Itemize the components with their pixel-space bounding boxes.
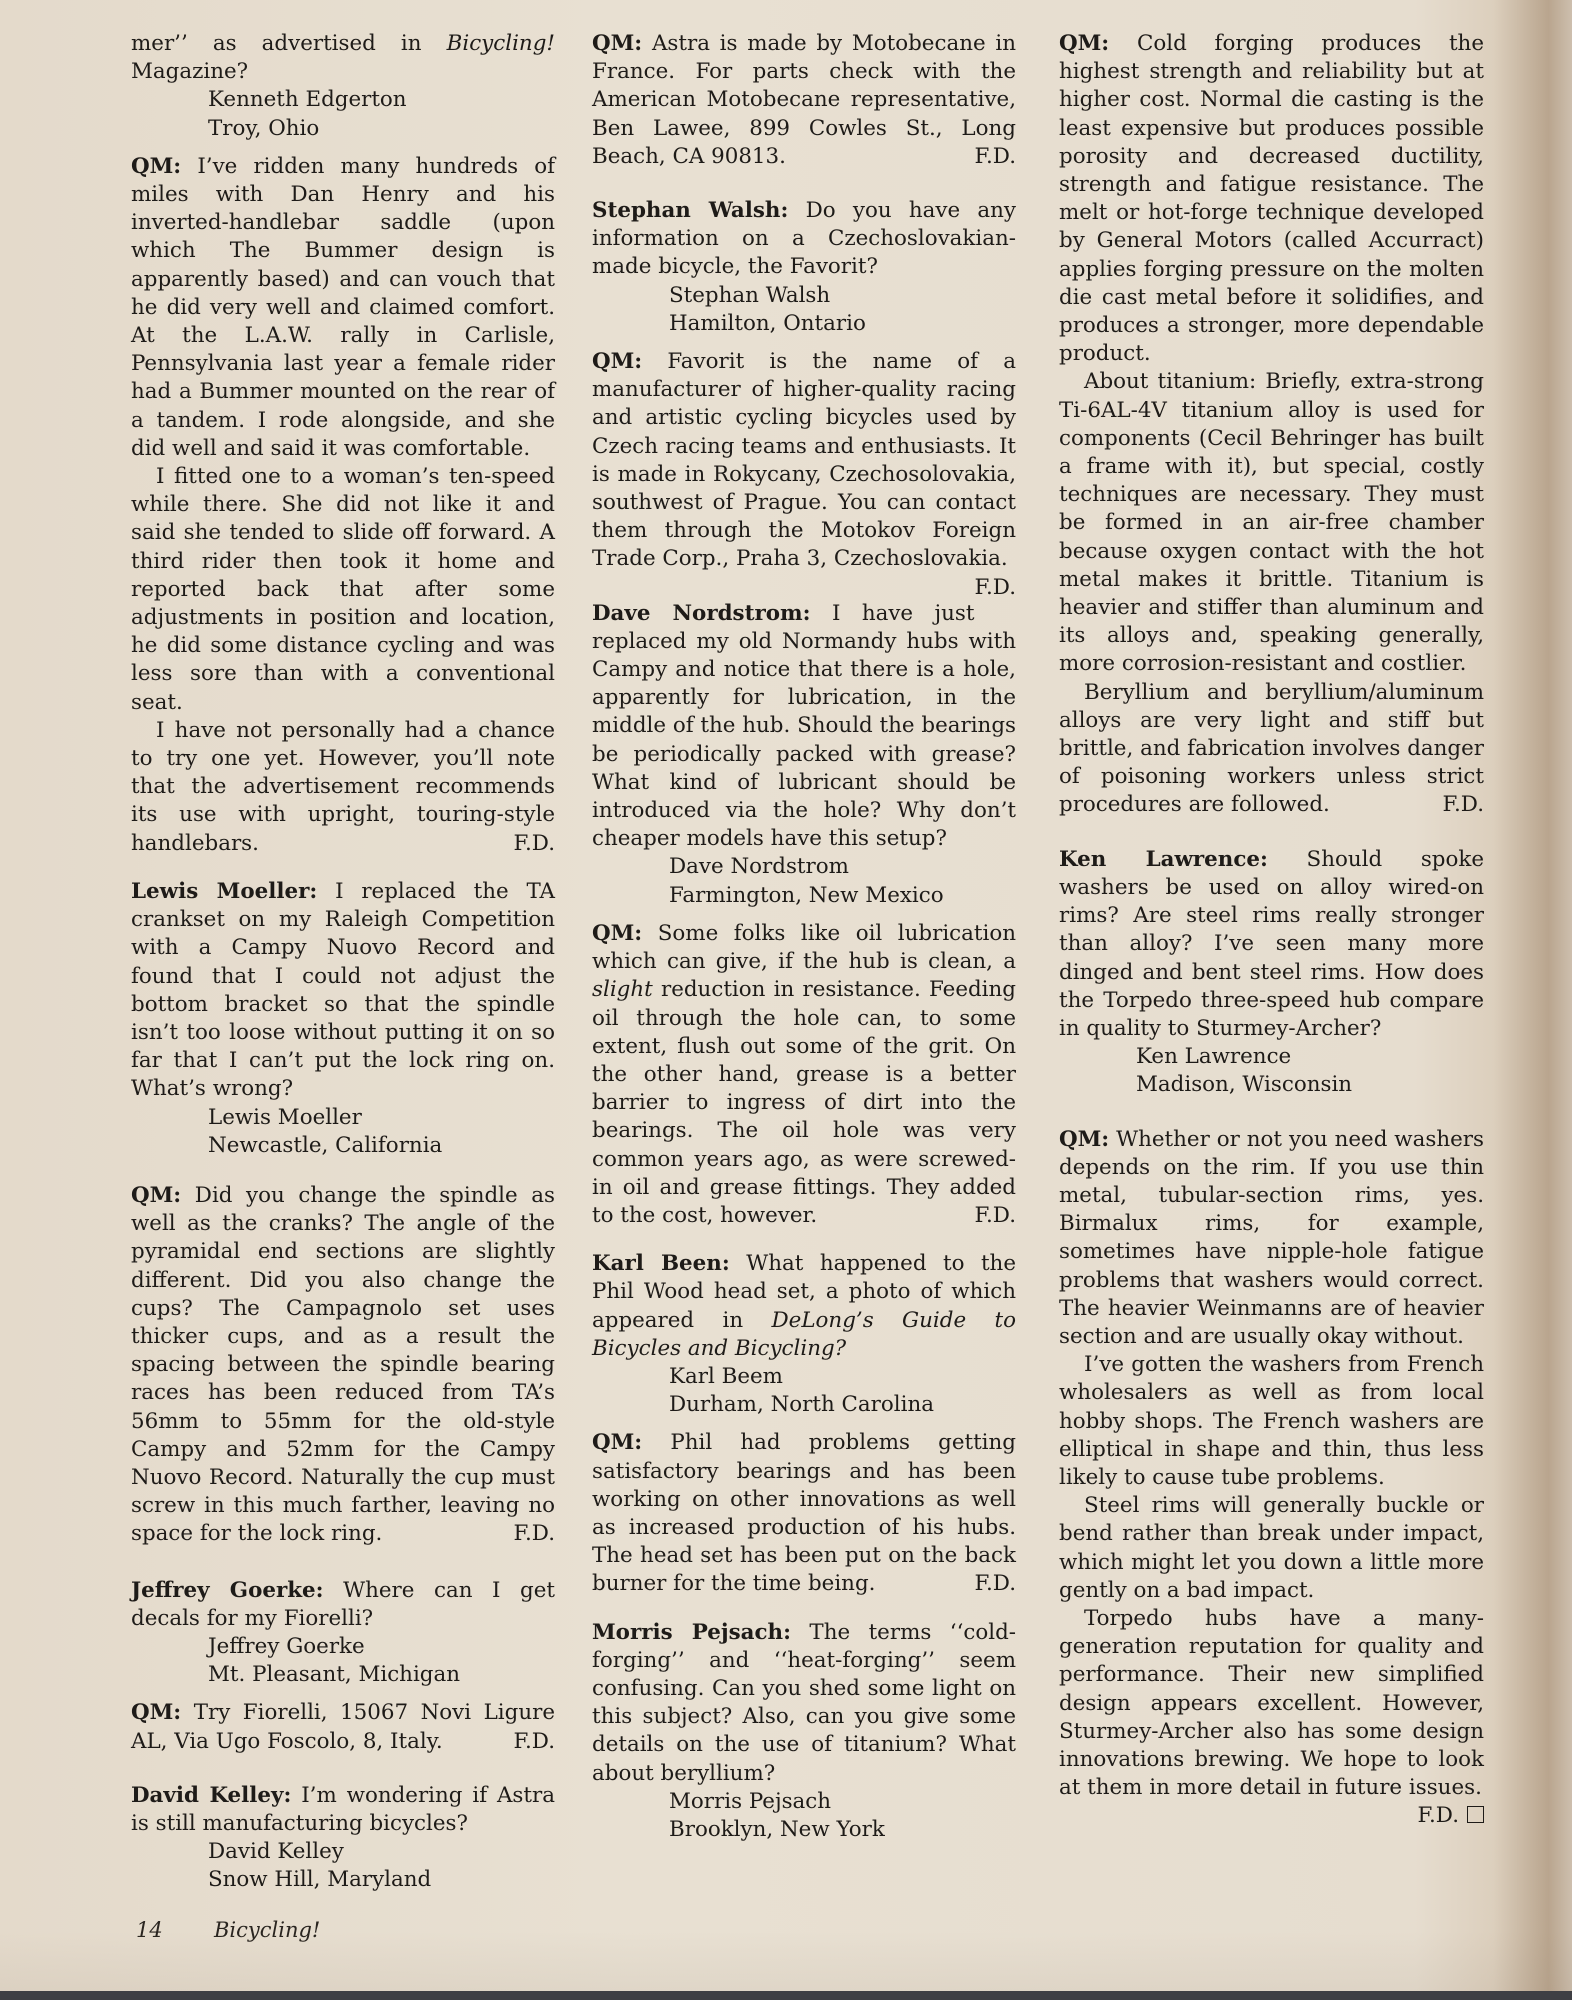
answer-text: Torpedo hubs have a many-generation repu… <box>1059 1605 1484 1802</box>
letter-text: Ken Lawrence: Should spoke washers be us… <box>1059 846 1484 1043</box>
signature-name: Jeffrey Goerke <box>208 1633 555 1661</box>
author-initials: F.D. <box>1418 791 1485 819</box>
letter-kenneth-edgerton-end: mer’’ as advertised in Bicycling! Magazi… <box>131 30 555 143</box>
letter-david-kelley: David Kelley: I’m wondering if Astra is … <box>131 1782 555 1895</box>
answer-favorit: QM: Favorit is the name of a manufacture… <box>592 348 1016 574</box>
speaker-label: Dave Nordstrom: <box>592 601 811 626</box>
answer-forging-titanium: QM: Cold forging produces the highest st… <box>1059 30 1484 820</box>
signature-name: Ken Lawrence <box>1136 1043 1484 1071</box>
signature: Dave Nordstrom Farmington, New Mexico <box>592 853 1016 909</box>
page-number: 14 <box>136 1918 214 1942</box>
author-initials: F.D. <box>975 574 1017 602</box>
column-right: QM: Cold forging produces the highest st… <box>1059 30 1484 1831</box>
author-initials: F.D. <box>489 830 556 858</box>
signature-place: Durham, North Carolina <box>669 1391 1016 1419</box>
letter-text: David Kelley: I’m wondering if Astra is … <box>131 1782 555 1838</box>
letter-text: Stephan Walsh: Do you have any informati… <box>592 197 1016 282</box>
signature-place: Farmington, New Mexico <box>669 882 1016 910</box>
letter-text: Morris Pejsach: The terms ‘‘cold-forging… <box>592 1619 1016 1788</box>
answer-text: Steel rims will generally buckle or bend… <box>1059 1492 1484 1605</box>
answer-text: About titanium: Briefly, extra-strong Ti… <box>1059 368 1484 678</box>
speaker-label: Lewis Moeller: <box>131 879 317 904</box>
signature-place: Mt. Pleasant, Michigan <box>208 1661 555 1689</box>
answer-text: QM: Whether or not you need washers depe… <box>1059 1126 1484 1352</box>
speaker-label: David Kelley: <box>131 1783 291 1808</box>
answer-text: I fitted one to a woman’s ten-speed whil… <box>131 463 555 717</box>
magazine-name: Bicycling! <box>214 1918 320 1942</box>
speaker-label: QM: <box>592 349 642 374</box>
letter-text: mer’’ as advertised in Bicycling! Magazi… <box>131 30 555 86</box>
signature-name: Dave Nordstrom <box>669 853 1016 881</box>
author-initials: F.D. <box>514 1728 556 1756</box>
answer-fiorelli: QM: Try Fiorelli, 15067 Novi Ligure AL, … <box>131 1699 555 1755</box>
answer-phil-wood: QM: Phil had problems getting satisfacto… <box>592 1429 1016 1598</box>
answer-astra: QM: Astra is made by Motobecane in Franc… <box>592 30 1016 171</box>
answer-text: Beryllium and beryllium/aluminum alloys … <box>1059 679 1484 820</box>
speaker-label: QM: <box>131 154 181 179</box>
speaker-label: QM: <box>131 1183 181 1208</box>
magazine-page: mer’’ as advertised in Bicycling! Magazi… <box>0 0 1572 1991</box>
signature: Morris Pejsach Brooklyn, New York <box>592 1788 1016 1844</box>
letter-ken-lawrence: Ken Lawrence: Should spoke washers be us… <box>1059 846 1484 1100</box>
speaker-label: QM: <box>131 1700 181 1725</box>
signature: Ken Lawrence Madison, Wisconsin <box>1059 1043 1484 1099</box>
speaker-label: QM: <box>1059 31 1109 56</box>
letter-karl-been: Karl Been: What happened to the Phil Woo… <box>592 1250 1016 1419</box>
signature-place: Brooklyn, New York <box>669 1816 1016 1844</box>
magazine-title: Bicycling! <box>447 31 555 56</box>
answer-text: QM: I’ve ridden many hundreds of miles w… <box>131 153 555 463</box>
signature: Kenneth Edgerton Troy, Ohio <box>131 86 555 142</box>
letter-jeffrey-goerke: Jeffrey Goerke: Where can I get decals f… <box>131 1577 555 1690</box>
answer-crankset: QM: Did you change the spindle as well a… <box>131 1182 555 1549</box>
column-left: mer’’ as advertised in Bicycling! Magazi… <box>131 30 555 1905</box>
letter-text: Karl Been: What happened to the Phil Woo… <box>592 1250 1016 1363</box>
answer-text: I have not personally had a chance to tr… <box>131 717 555 858</box>
speaker-label: Stephan Walsh: <box>592 198 788 223</box>
author-initials: F.D. <box>975 1570 1017 1598</box>
signature: Stephan Walsh Hamilton, Ontario <box>592 282 1016 338</box>
signature-place: Madison, Wisconsin <box>1136 1071 1484 1099</box>
signature-name: David Kelley <box>208 1838 555 1866</box>
author-initials: F.D. <box>975 1202 1017 1230</box>
answer-text: QM: Some folks like oil lubrication whic… <box>592 920 1016 1230</box>
signature-place: Hamilton, Ontario <box>669 310 1016 338</box>
signature-name: Kenneth Edgerton <box>208 86 555 114</box>
answer-text: QM: Phil had problems getting satisfacto… <box>592 1429 1016 1598</box>
answer-text: QM: Cold forging produces the highest st… <box>1059 30 1484 368</box>
speaker-label: QM: <box>1059 1127 1109 1152</box>
speaker-label: Morris Pejsach: <box>592 1620 791 1645</box>
letter-dave-nordstrom: Dave Nordstrom: I have just replaced my … <box>592 600 1016 910</box>
letter-stephan-walsh: Stephan Walsh: Do you have any informati… <box>592 197 1016 338</box>
speaker-label: Jeffrey Goerke: <box>131 1578 324 1603</box>
signature: Jeffrey Goerke Mt. Pleasant, Michigan <box>131 1633 555 1689</box>
answer-bummer-saddle: QM: I’ve ridden many hundreds of miles w… <box>131 153 555 858</box>
letter-text: Jeffrey Goerke: Where can I get decals f… <box>131 1577 555 1633</box>
letter-text: Dave Nordstrom: I have just replaced my … <box>592 600 1016 854</box>
speaker-label: QM: <box>592 1430 642 1455</box>
scan-bottom-edge <box>0 1991 1572 2000</box>
signature-name: Stephan Walsh <box>669 282 1016 310</box>
answer-text: QM: Astra is made by Motobecane in Franc… <box>592 30 1016 171</box>
letter-text: Lewis Moeller: I replaced the TA crankse… <box>131 878 555 1104</box>
signature: Lewis Moeller Newcastle, California <box>131 1104 555 1160</box>
answer-text: I’ve gotten the washers from French whol… <box>1059 1351 1484 1492</box>
letter-lewis-moeller: Lewis Moeller: I replaced the TA crankse… <box>131 878 555 1160</box>
author-initials: F.D. <box>975 143 1017 171</box>
speaker-label: Ken Lawrence: <box>1059 847 1268 872</box>
author-initials: F.D. <box>514 1520 556 1548</box>
answer-hub-lubrication: QM: Some folks like oil lubrication whic… <box>592 920 1016 1230</box>
page-footer: 14Bicycling! <box>136 1918 320 1942</box>
signature-name: Karl Beem <box>669 1363 1016 1391</box>
column-middle: QM: Astra is made by Motobecane in Franc… <box>592 30 1016 1854</box>
signature-place: Newcastle, California <box>208 1132 555 1160</box>
signature: Karl Beem Durham, North Carolina <box>592 1363 1016 1419</box>
letter-morris-pejsach: Morris Pejsach: The terms ‘‘cold-forging… <box>592 1619 1016 1845</box>
author-initials-end: F.D. <box>1393 1802 1485 1830</box>
signature-place: Troy, Ohio <box>208 115 555 143</box>
signature: David Kelley Snow Hill, Maryland <box>131 1838 555 1894</box>
answer-text: QM: Favorit is the name of a manufacture… <box>592 348 1016 574</box>
answer-text: QM: Try Fiorelli, 15067 Novi Ligure AL, … <box>131 1699 555 1755</box>
answer-text: QM: Did you change the spindle as well a… <box>131 1182 555 1549</box>
signature-place: Snow Hill, Maryland <box>208 1866 555 1894</box>
answer-spoke-washers: QM: Whether or not you need washers depe… <box>1059 1126 1484 1803</box>
signature-name: Morris Pejsach <box>669 1788 1016 1816</box>
speaker-label: QM: <box>592 921 642 946</box>
speaker-label: QM: <box>592 31 642 56</box>
signature-name: Lewis Moeller <box>208 1104 555 1132</box>
end-of-article-box-icon <box>1467 1806 1484 1823</box>
speaker-label: Karl Been: <box>592 1251 730 1276</box>
